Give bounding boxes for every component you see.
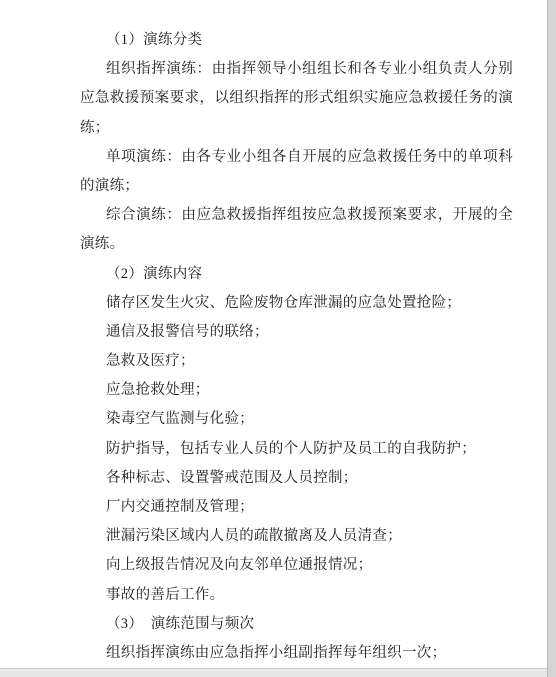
paragraph: 各种标志、设置警戒范围及人员控制；	[80, 464, 513, 493]
text-line: 应急抢救处理；	[80, 376, 513, 405]
text-line: 演练。	[80, 230, 513, 259]
text-line: 组织指挥演练：由指挥领导小组组长和各专业小组负责人分别按	[80, 55, 513, 84]
heading-paragraph: （3） 演练范围与频次	[80, 610, 513, 639]
paragraph: 急救及医疗；	[80, 347, 513, 376]
paragraph: 厂内交通控制及管理；	[80, 493, 513, 522]
text-line: （1）演练分类	[80, 26, 513, 55]
heading-paragraph: （2）演练内容	[80, 260, 513, 289]
text-line: （3） 演练范围与频次	[80, 610, 513, 639]
text-line: 事故的善后工作。	[80, 581, 513, 610]
paragraph: 综合演练：由应急救援指挥组按应急救援预案要求，开展的全面演练。	[80, 201, 513, 259]
text-line: 储存区发生火灾、危险废物仓库泄漏的应急处置抢险；	[80, 289, 513, 318]
heading-paragraph: （1）演练分类	[80, 26, 513, 55]
text-line: 染毒空气监测与化验；	[80, 405, 513, 434]
page-edge-bottom	[0, 668, 547, 677]
document-content[interactable]: （1）演练分类组织指挥演练：由指挥领导小组组长和各专业小组负责人分别按应急救援预…	[80, 26, 513, 668]
paragraph: 泄漏污染区域内人员的疏散撤离及人员清查；	[80, 522, 513, 551]
paragraph: 单项演练：由各专业小组各自开展的应急救援任务中的单项科目的演练；	[80, 143, 513, 201]
paragraph: 组织指挥演练：由指挥领导小组组长和各专业小组负责人分别按应急救援预案要求，以组织…	[80, 55, 513, 143]
text-line: 应急救援预案要求，以组织指挥的形式组织实施应急救援任务的演	[80, 84, 513, 113]
text-line: 急救及医疗；	[80, 347, 513, 376]
text-line: 的演练；	[80, 172, 513, 201]
paragraph: 通信及报警信号的联络；	[80, 318, 513, 347]
paragraph: 组织指挥演练由应急指挥小组副指挥每年组织一次；	[80, 639, 513, 668]
text-line: 防护指导，包括专业人员的个人防护及员工的自我防护；	[80, 435, 513, 464]
paragraph: 防护指导，包括专业人员的个人防护及员工的自我防护；	[80, 435, 513, 464]
paragraph: 向上级报告情况及向友邻单位通报情况；	[80, 551, 513, 580]
paragraph: 储存区发生火灾、危险废物仓库泄漏的应急处置抢险；	[80, 289, 513, 318]
paragraph: 应急抢救处理；	[80, 376, 513, 405]
text-line: 综合演练：由应急救援指挥组按应急救援预案要求，开展的全面	[80, 201, 513, 230]
text-line: （2）演练内容	[80, 260, 513, 289]
text-line: 练；	[80, 114, 513, 143]
text-line: 单项演练：由各专业小组各自开展的应急救援任务中的单项科目	[80, 143, 513, 172]
text-line: 各种标志、设置警戒范围及人员控制；	[80, 464, 513, 493]
text-line: 组织指挥演练由应急指挥小组副指挥每年组织一次；	[80, 639, 513, 668]
page-edge-right	[547, 0, 556, 677]
paragraph: 事故的善后工作。	[80, 581, 513, 610]
document-page: （1）演练分类组织指挥演练：由指挥领导小组组长和各专业小组负责人分别按应急救援预…	[0, 0, 556, 677]
paragraph: 染毒空气监测与化验；	[80, 405, 513, 434]
text-line: 厂内交通控制及管理；	[80, 493, 513, 522]
text-line: 泄漏污染区域内人员的疏散撤离及人员清查；	[80, 522, 513, 551]
text-line: 向上级报告情况及向友邻单位通报情况；	[80, 551, 513, 580]
text-line: 通信及报警信号的联络；	[80, 318, 513, 347]
